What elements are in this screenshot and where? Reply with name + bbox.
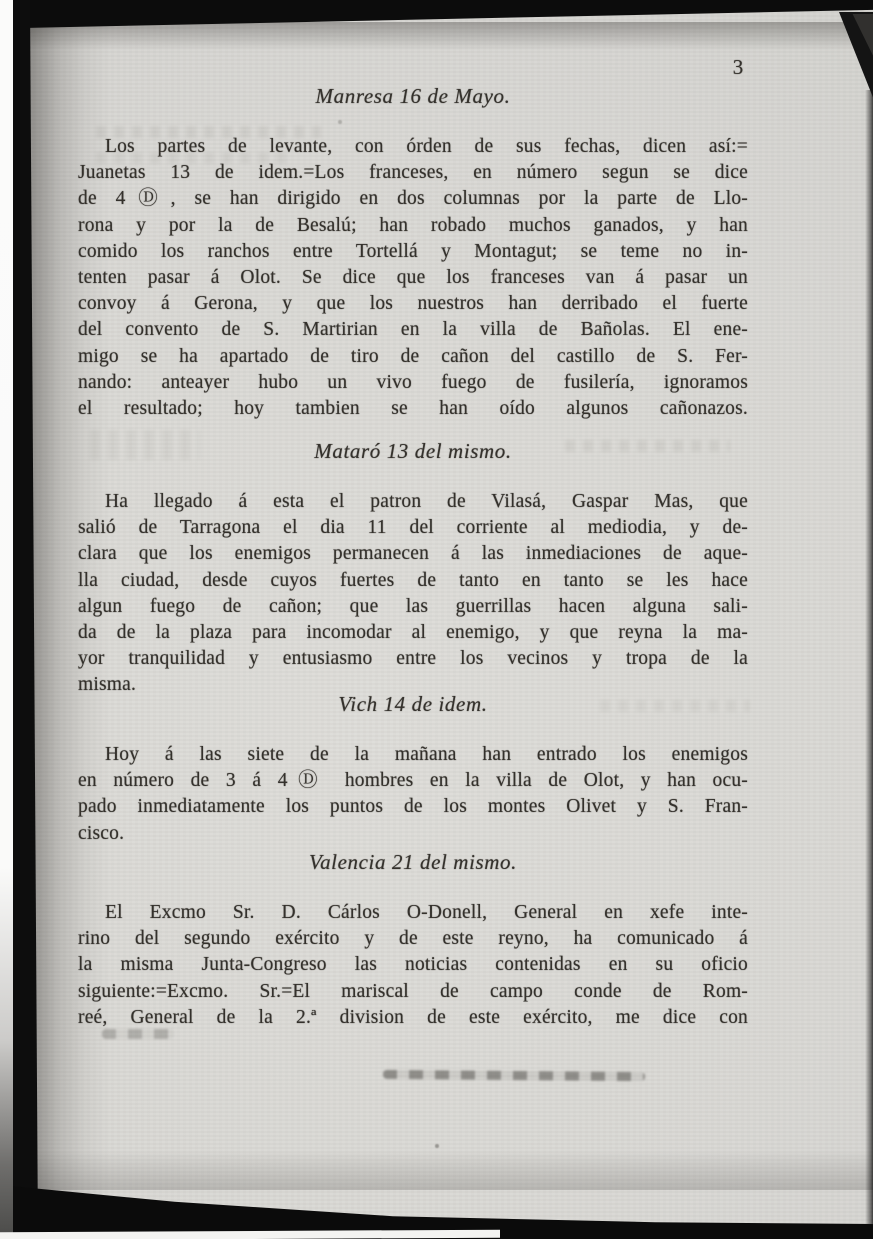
text-line: del convento de S. Martirian en la villa… [78,317,748,343]
text-line: algun fuego de cañon; que las guerrillas… [78,594,748,620]
text-line: tenten pasar á Olot. Se dice que los fra… [78,265,748,291]
section-heading: Vich 14 de idem. [78,690,748,718]
text-line: El Excmo Sr. D. Cárlos O-Donell, General… [78,900,748,926]
paragraph: Los partes de levante, con órden de sus … [78,134,748,422]
text-line: da de la plaza para incomodar al enemigo… [78,620,748,646]
scanned-page: 3 Manresa 16 de Mayo.Los partes de levan… [0,0,873,1239]
page-content: 3 Manresa 16 de Mayo.Los partes de levan… [78,0,748,1239]
text-line: migo se ha apartado de tiro de cañon del… [78,344,748,370]
text-line: Los partes de levante, con órden de sus … [78,134,748,160]
section-manresa: Manresa 16 de Mayo.Los partes de levante… [78,82,748,422]
text-line: yor tranquilidad y entusiasmo entre los … [78,646,748,672]
text-line: nando: anteayer hubo un vivo fuego de fu… [78,370,748,396]
text-line: siguiente:=Excmo. Sr.=El mariscal de cam… [78,979,748,1005]
section-vich: Vich 14 de idem.Hoy á las siete de la ma… [78,690,748,847]
text-line: lla ciudad, desde cuyos fuertes de tanto… [78,568,748,594]
text-line: en número de 3 á 4Ⓓ hombres en la villa … [78,768,748,794]
section-heading: Manresa 16 de Mayo. [78,82,748,110]
text-line: pado inmediatamente los puntos de los mo… [78,794,748,820]
text-line: reé, General de la 2.ª division de este … [78,1005,748,1031]
text-line: cisco. [78,821,748,847]
text-line: Ha llegado á esta el patron de Vilasá, G… [78,489,748,515]
section-heading: Valencia 21 del mismo. [78,848,748,876]
text-line: convoy á Gerona, y que los nuestros han … [78,291,748,317]
text-line: Hoy á las siete de la mañana han entrado… [78,742,748,768]
paragraph: Hoy á las siete de la mañana han entrado… [78,742,748,847]
section-heading: Mataró 13 del mismo. [78,437,748,465]
text-line: el resultado; hoy tambien se han oído al… [78,396,748,422]
scanner-margin-bottom [0,1230,500,1239]
scanner-margin-left [0,0,13,1239]
section-mataro: Mataró 13 del mismo.Ha llegado á esta el… [78,437,748,699]
text-line: de 4Ⓓ, se han dirigido en dos columnas p… [78,186,748,212]
paragraph: El Excmo Sr. D. Cárlos O-Donell, General… [78,900,748,1031]
text-line: salió de Tarragona el dia 11 del corrien… [78,515,748,541]
page-number: 3 [698,55,778,80]
section-valencia: Valencia 21 del mismo.El Excmo Sr. D. Cá… [78,848,748,1031]
text-line: rino del segundo exército y de este reyn… [78,926,748,952]
text-line: Juanetas 13 de idem.=Los franceses, en n… [78,160,748,186]
text-line: comido los ranchos entre Tortellá y Mont… [78,239,748,265]
text-line: la misma Junta-Congreso las noticias con… [78,952,748,978]
page-edge-right [865,90,873,1225]
text-line: rona y por la de Besalú; han robado much… [78,213,748,239]
paragraph: Ha llegado á esta el patron de Vilasá, G… [78,489,748,699]
text-line: clara que los enemigos permanecen á las … [78,541,748,567]
